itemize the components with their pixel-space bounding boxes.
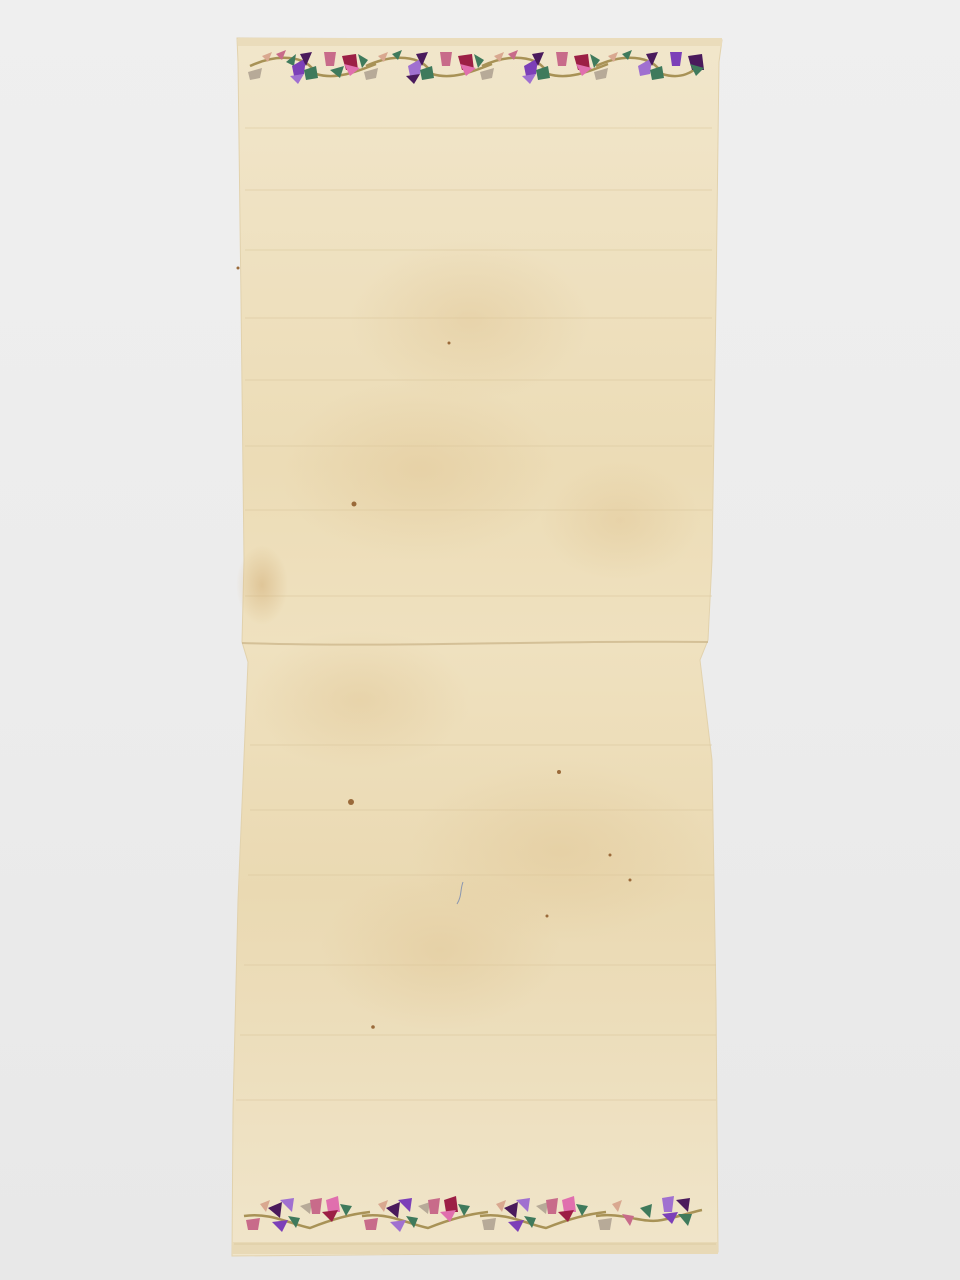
textile-photo <box>0 0 960 1280</box>
textile-svg <box>0 0 960 1280</box>
top-hem <box>238 38 722 46</box>
